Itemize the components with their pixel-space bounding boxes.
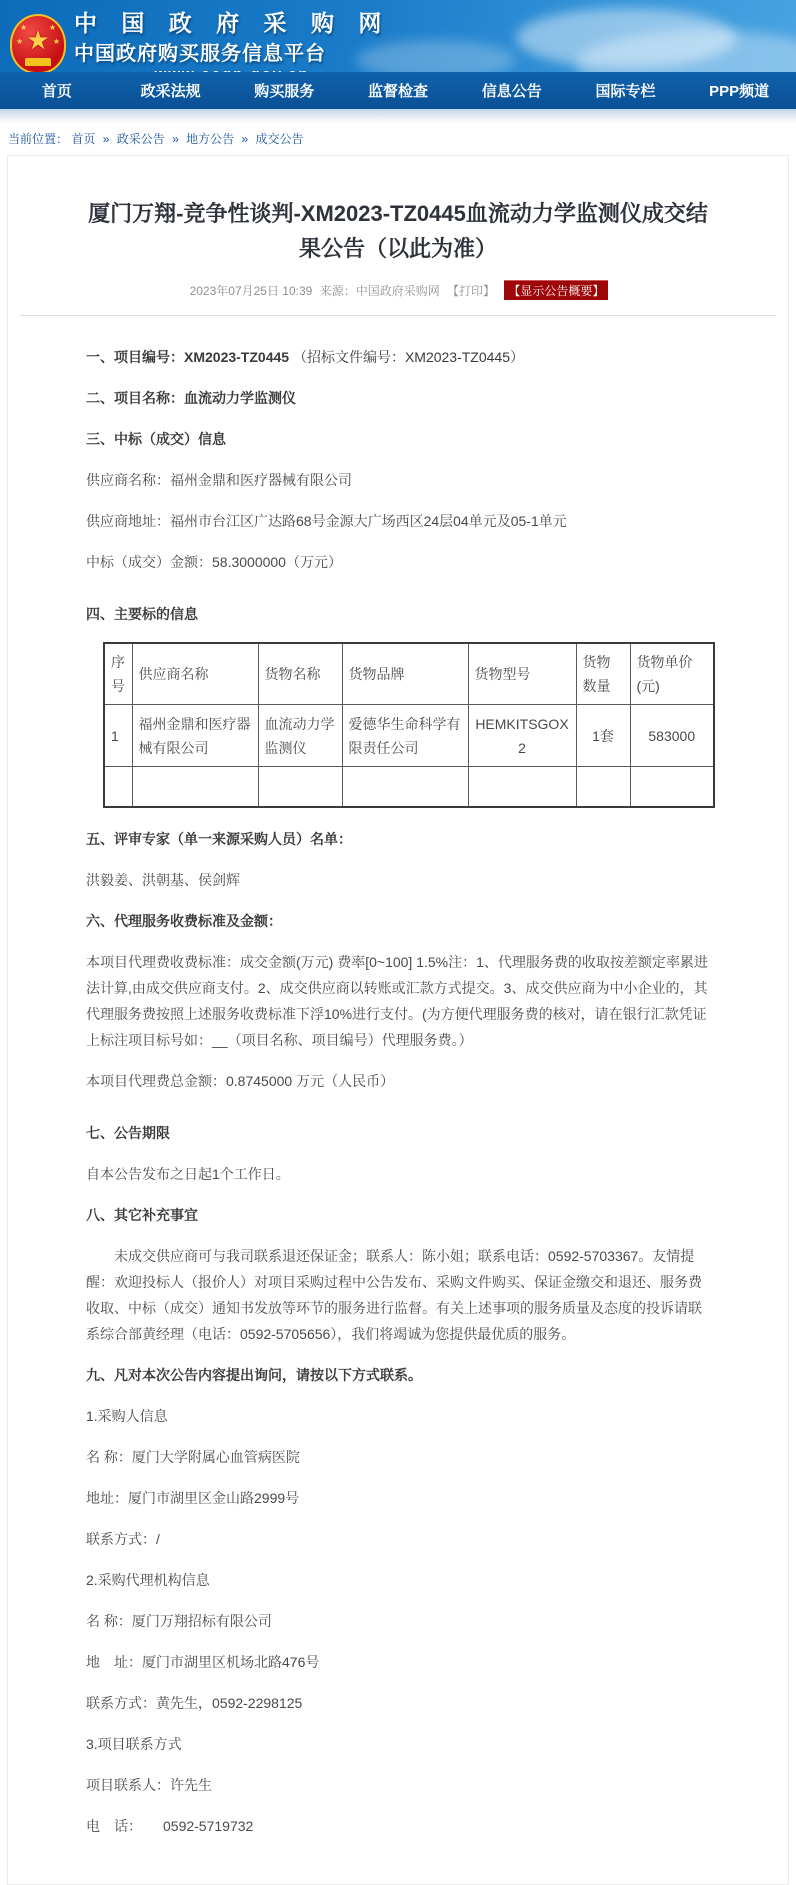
breadcrumb-item-zhengcai[interactable]: 政采公告 xyxy=(117,132,165,146)
col-header-supplier: 供应商名称 xyxy=(132,643,258,705)
agency-fee-standard: 本项目代理费收费标准：成交金额(万元) 费率[0~100] 1.5%注：1、代理… xyxy=(86,949,710,1053)
site-header: ★ ★ ★ ★ ★ 中 国 政 府 采 购 网 中国政府购买服务信息平台 www… xyxy=(0,0,796,72)
breadcrumb-item-home[interactable]: 首页 xyxy=(71,132,95,146)
site-subtitle: 中国政府购买服务信息平台 xyxy=(74,37,390,66)
breadcrumb: 当前位置： 首页 » 政采公告 » 地方公告 » 成交公告 xyxy=(0,124,796,155)
meta-divider xyxy=(20,315,776,316)
cell-brand: 爱德华生命科学有限责任公司 xyxy=(342,705,468,767)
nav-item-announcements[interactable]: 信息公告 xyxy=(455,72,569,109)
national-emblem-icon: ★ ★ ★ ★ ★ xyxy=(10,14,66,72)
cell-unit-price: 583000 xyxy=(630,705,714,767)
cell-index: 1 xyxy=(104,705,132,767)
breadcrumb-separator: » xyxy=(103,132,110,146)
nav-fade-strip xyxy=(0,109,796,124)
site-name: 中 国 政 府 采 购 网 xyxy=(74,5,390,38)
section-9-contact: 九、凡对本次公告内容提出询问，请按以下方式联系。 xyxy=(86,1362,710,1388)
article-body: 一、项目编号：XM2023-TZ0445 （招标文件编号：XM2023-TZ04… xyxy=(86,344,710,1839)
section-8-supplement: 八、其它补充事宜 xyxy=(86,1202,710,1228)
nav-item-purchase-service[interactable]: 购买服务 xyxy=(227,72,341,109)
agency-contact: 联系方式：黄先生，0592-2298125 xyxy=(86,1690,710,1716)
main-nav: 首页 政采法规 购买服务 监督检查 信息公告 国际专栏 PPP频道 xyxy=(0,72,796,109)
site-url: www.ccgp.gov.cn xyxy=(74,66,390,72)
nav-item-supervision[interactable]: 监督检查 xyxy=(341,72,455,109)
col-header-unit-price: 货物单价(元) xyxy=(630,643,714,705)
project-contact-phone: 电 话： 0592-5719732 xyxy=(86,1813,710,1839)
breadcrumb-item-local[interactable]: 地方公告 xyxy=(186,132,234,146)
buyer-address: 地址：厦门市湖里区金山路2999号 xyxy=(86,1485,710,1511)
show-summary-button[interactable]: 【显示公告概要】 xyxy=(504,280,608,300)
col-header-quantity: 货物数量 xyxy=(576,643,630,705)
goods-table: 序号 供应商名称 货物名称 货物品牌 货物型号 货物数量 货物单价(元) 1 福… xyxy=(103,642,715,808)
supplier-address: 供应商地址：福州市台江区广达路68号金源大广场西区24层04单元及05-1单元 xyxy=(86,508,710,534)
nav-item-regulations[interactable]: 政采法规 xyxy=(114,72,228,109)
agency-name: 名 称：厦门万翔招标有限公司 xyxy=(86,1608,710,1634)
print-button[interactable]: 【打印】 xyxy=(447,284,495,298)
breadcrumb-separator: » xyxy=(242,132,249,146)
agency-address: 地 址：厦门市湖里区机场北路476号 xyxy=(86,1649,710,1675)
nav-item-ppp-channel[interactable]: PPP频道 xyxy=(682,72,796,109)
section-5-experts: 五、评审专家（单一来源采购人员）名单： xyxy=(86,826,710,852)
publish-datetime: 2023年07月25日 10:39 xyxy=(190,284,313,298)
section-1-project-number: 一、项目编号：XM2023-TZ0445 （招标文件编号：XM2023-TZ04… xyxy=(86,344,710,370)
expert-names: 洪毅姜、洪朝基、侯剑辉 xyxy=(86,867,710,893)
breadcrumb-separator: » xyxy=(172,132,179,146)
col-header-brand: 货物品牌 xyxy=(342,643,468,705)
section-2-project-name: 二、项目名称：血流动力学监测仪 xyxy=(86,385,710,411)
notice-period-text: 自本公告发布之日起1个工作日。 xyxy=(86,1161,710,1187)
nav-item-international[interactable]: 国际专栏 xyxy=(569,72,683,109)
buyer-name: 名 称：厦门大学附属心血管病医院 xyxy=(86,1444,710,1470)
source-label: 来源：中国政府采购网 xyxy=(320,284,440,298)
section-6-agency-fee: 六、代理服务收费标准及金额： xyxy=(86,908,710,934)
breadcrumb-prefix: 当前位置： xyxy=(8,132,68,146)
project-contact-person: 项目联系人：许先生 xyxy=(86,1772,710,1798)
breadcrumb-item-deal[interactable]: 成交公告 xyxy=(256,132,304,146)
section-3-award-info: 三、中标（成交）信息 xyxy=(86,426,710,452)
col-header-goods-name: 货物名称 xyxy=(258,643,342,705)
section-4-main-subject: 四、主要标的信息 xyxy=(86,601,710,627)
nav-item-home[interactable]: 首页 xyxy=(0,72,114,109)
article-meta: 2023年07月25日 10:39 来源：中国政府采购网 【打印】 【显示公告概… xyxy=(8,282,788,299)
cell-supplier: 福州金鼎和医疗器械有限公司 xyxy=(132,705,258,767)
cell-quantity: 1套 xyxy=(576,705,630,767)
award-amount: 中标（成交）金额：58.3000000（万元） xyxy=(86,549,710,575)
supplier-name: 供应商名称：福州金鼎和医疗器械有限公司 xyxy=(86,467,710,493)
section-7-notice-period: 七、公告期限 xyxy=(86,1120,710,1146)
table-header-row: 序号 供应商名称 货物名称 货物品牌 货物型号 货物数量 货物单价(元) xyxy=(104,643,714,705)
buyer-info-header: 1.采购人信息 xyxy=(86,1403,710,1429)
col-header-index: 序号 xyxy=(104,643,132,705)
col-header-model: 货物型号 xyxy=(468,643,576,705)
supplement-text: 未成交供应商可与我司联系退还保证金；联系人：陈小姐；联系电话：0592-5703… xyxy=(86,1243,710,1347)
buyer-contact: 联系方式：/ xyxy=(86,1526,710,1552)
agency-info-header: 2.采购代理机构信息 xyxy=(86,1567,710,1593)
page-title: 厦门万翔-竞争性谈判-XM2023-TZ0445血流动力学监测仪成交结果公告（以… xyxy=(78,196,718,266)
site-logo: ★ ★ ★ ★ ★ 中 国 政 府 采 购 网 中国政府购买服务信息平台 www… xyxy=(10,5,390,72)
table-row-empty xyxy=(104,767,714,807)
cell-goods-name: 血流动力学监测仪 xyxy=(258,705,342,767)
project-contact-header: 3.项目联系方式 xyxy=(86,1731,710,1757)
cell-model: HEMKITSGOX2 xyxy=(468,705,576,767)
agency-fee-total: 本项目代理费总金额：0.8745000 万元（人民币） xyxy=(86,1068,710,1094)
announcement-content: 厦门万翔-竞争性谈判-XM2023-TZ0445血流动力学监测仪成交结果公告（以… xyxy=(7,155,789,1885)
table-row: 1 福州金鼎和医疗器械有限公司 血流动力学监测仪 爱德华生命科学有限责任公司 H… xyxy=(104,705,714,767)
